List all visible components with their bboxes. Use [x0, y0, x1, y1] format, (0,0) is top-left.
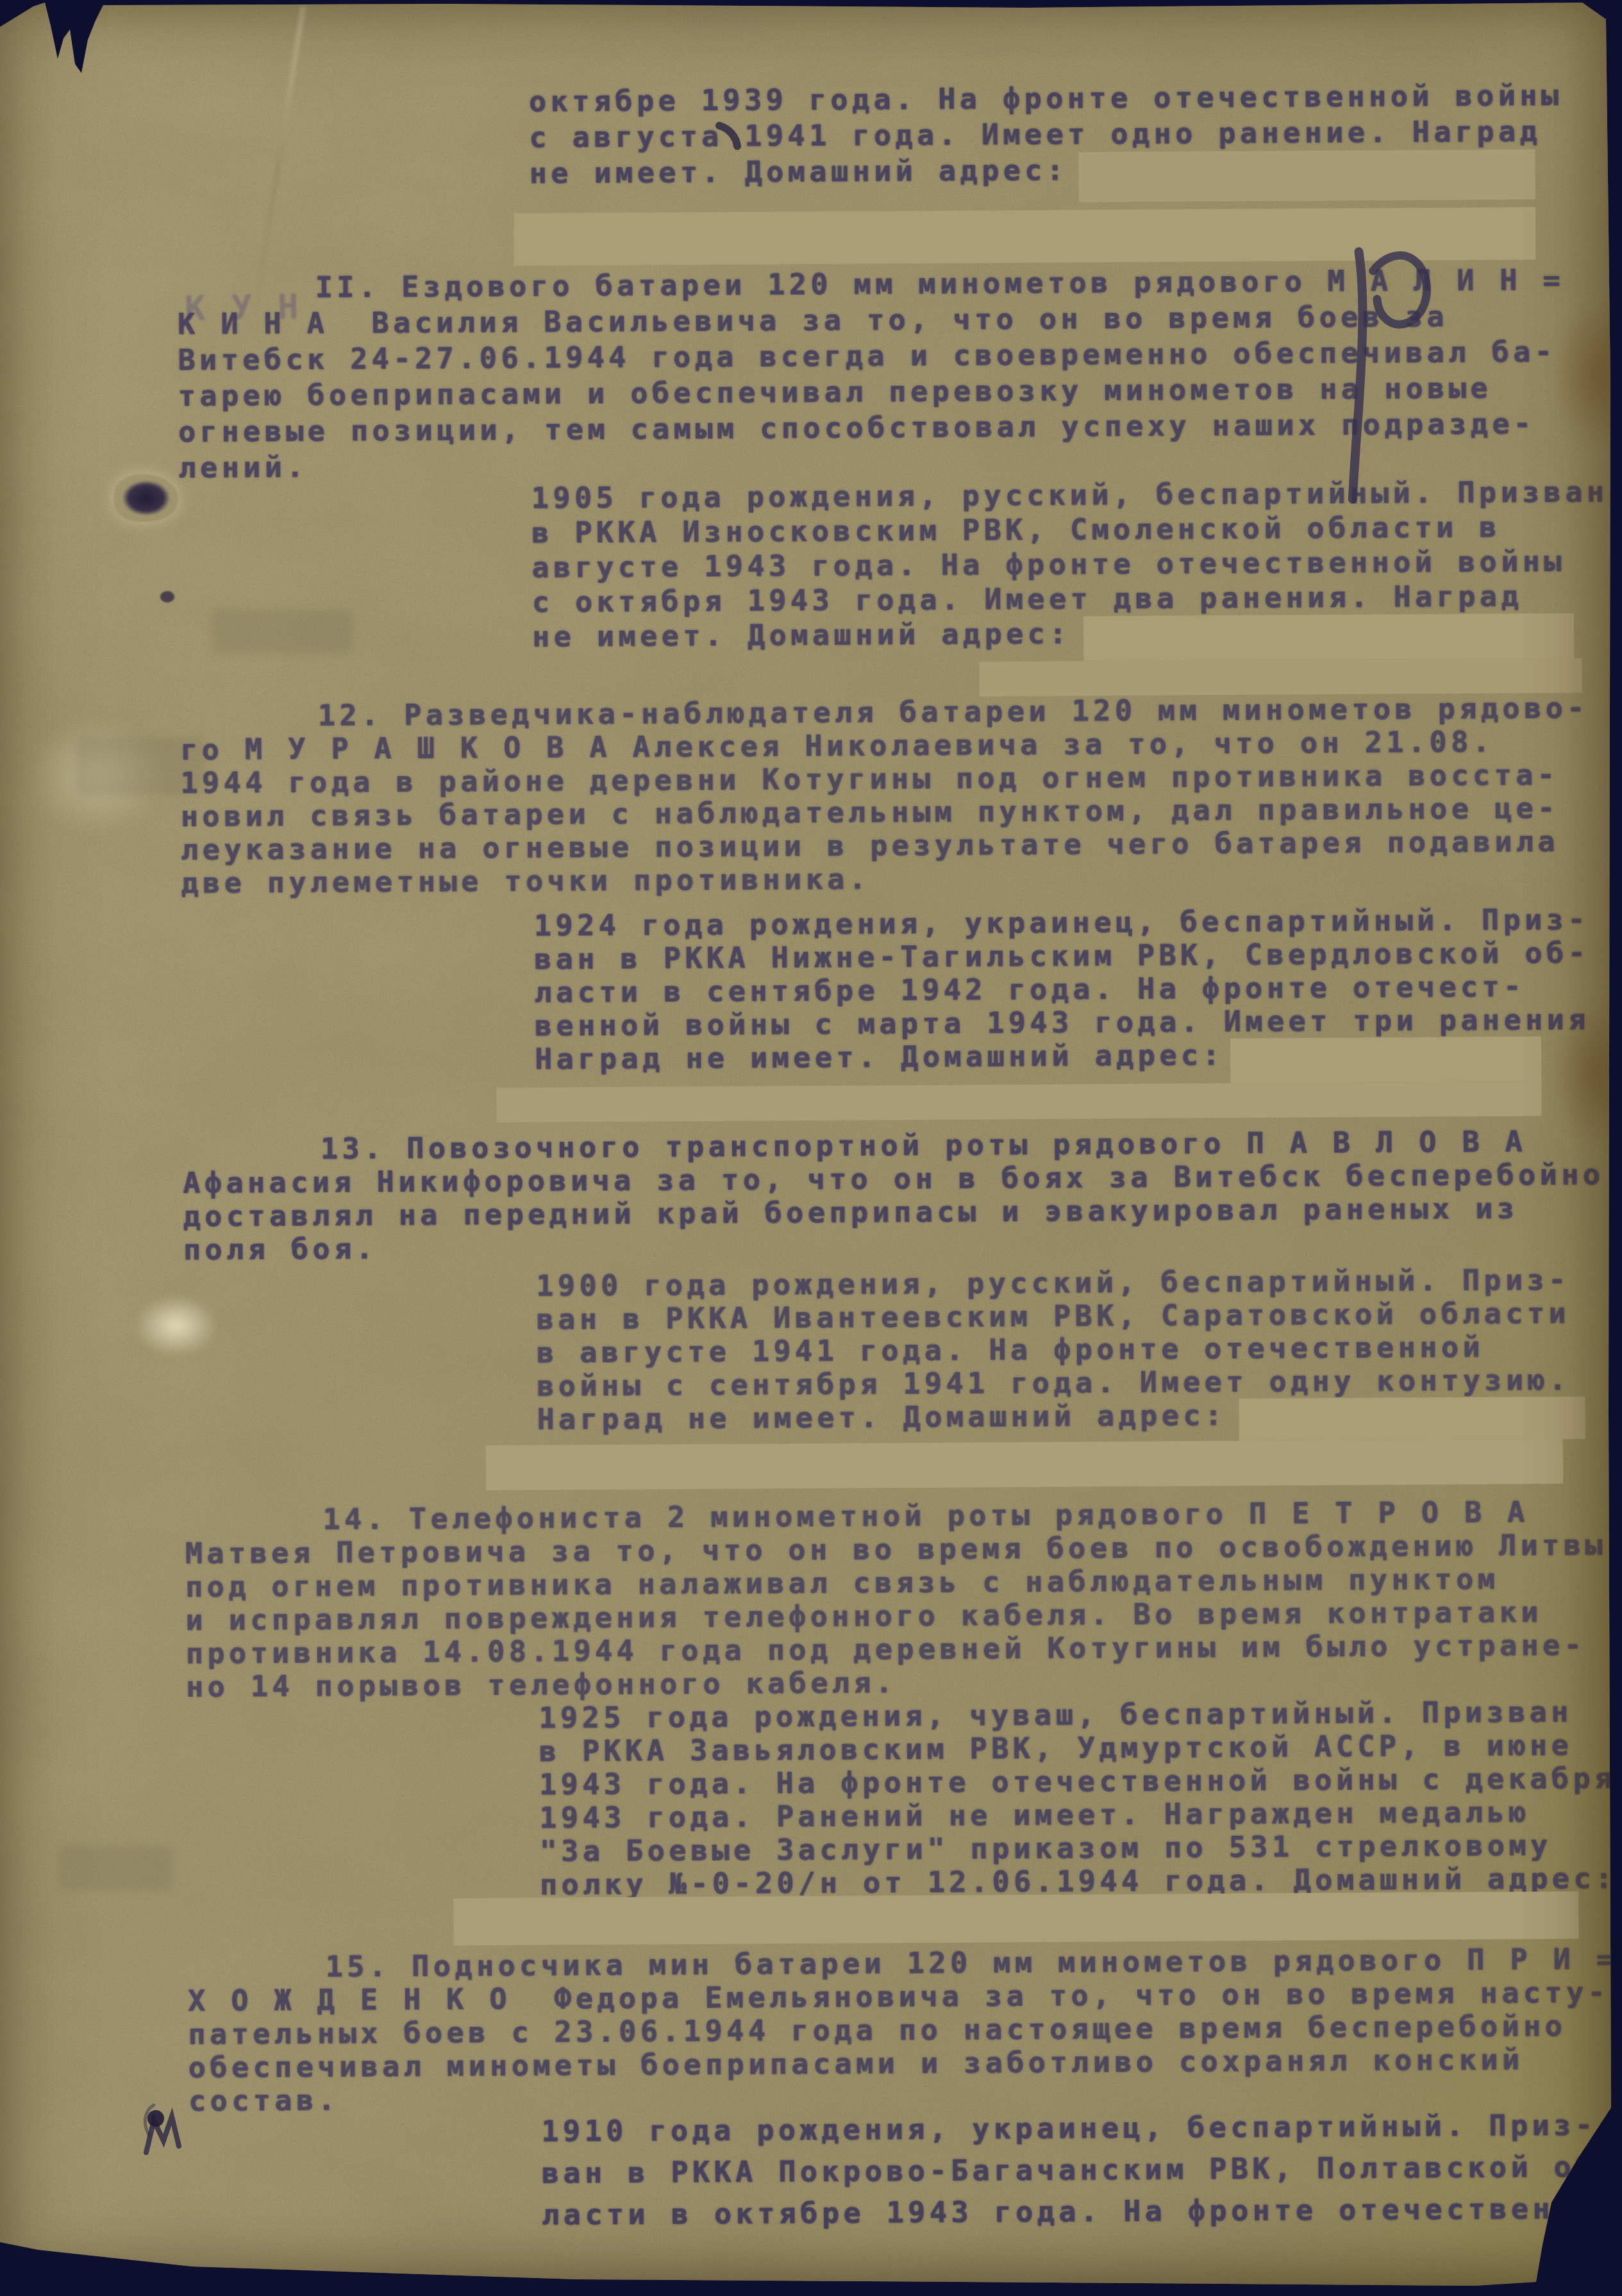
- redaction-block: [979, 658, 1582, 697]
- entry14-bio: 1925 года рождения, чуваш, беспартийный.…: [539, 1695, 1616, 1901]
- paper-sheet: КУН октябре 1939 года. На фронте отечест…: [0, 0, 1622, 2296]
- typewritten-text-layer: октябре 1939 года. На фронте отечественн…: [0, 0, 1622, 2296]
- text-line: октябре 1939 года. На фронте отечественн…: [529, 78, 1563, 120]
- redaction-block: [1239, 1397, 1585, 1441]
- entry12-citation: 12. Разведчика-наблюдателя батареи 120 м…: [180, 692, 1590, 900]
- scanned-document-canvas: КУН октябре 1939 года. На фронте отечест…: [0, 0, 1622, 2296]
- entry15-bio: 1910 года рождения, украинец, беспартийн…: [541, 2104, 1619, 2235]
- text-line: с августа 1941 года. Имеет одно ранение.…: [529, 113, 1563, 156]
- redaction-block: [514, 207, 1535, 266]
- redaction-block: [453, 1892, 1578, 1946]
- text-line: ван в РККА Покрово-Багачанским РВК, Полт…: [542, 2145, 1619, 2193]
- redaction-block: [1079, 149, 1535, 202]
- text-line: две пулеметные точки противника.: [181, 858, 1589, 900]
- entry14-citation: 14. Телефониста 2 минометной роты рядово…: [185, 1495, 1607, 1704]
- entry11-citation: II. Ездового батареи 120 мм минометов ря…: [178, 262, 1566, 486]
- entry13-citation: 13. Повозочного транспортной роты рядово…: [183, 1124, 1605, 1267]
- entry15-citation: 15. Подносчика мин батареи 120 мм миноме…: [188, 1942, 1619, 2118]
- redaction-block: [1083, 613, 1574, 661]
- text-line: 1910 года рождения, украинец, беспартийн…: [541, 2104, 1618, 2152]
- redaction-block: [1230, 1036, 1541, 1083]
- redaction-block: [496, 1081, 1541, 1122]
- text-line: ласти в октябре 1943 года. На фронте оте…: [542, 2187, 1619, 2235]
- redaction-block: [486, 1439, 1563, 1490]
